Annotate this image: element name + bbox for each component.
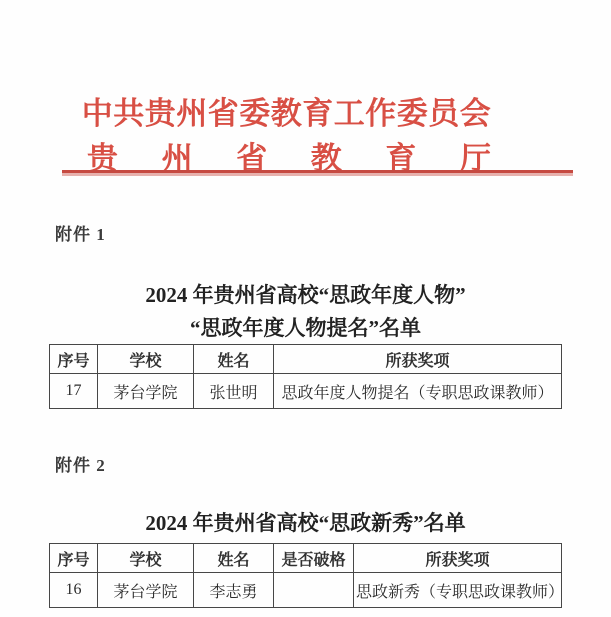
cell-award: 思政年度人物提名（专职思政课教师） — [274, 374, 562, 409]
document-page: 中共贵州省委教育工作委员会 贵 州 省 教 育 厅 附件 1 2024 年贵州省… — [0, 0, 611, 617]
column-header-index: 序号 — [50, 345, 98, 374]
column-header-award: 所获奖项 — [354, 544, 562, 573]
attachment1-label: 附件 1 — [55, 220, 106, 245]
attachment1-title-line2: “思政年度人物提名”名单 — [0, 312, 611, 345]
cell-school: 茅台学院 — [98, 573, 194, 608]
cell-award: 思政新秀（专职思政课教师） — [354, 573, 562, 608]
attachment2-table: 序号 学校 姓名 是否破格 所获奖项 16 茅台学院 李志勇 思政新秀（专职思政… — [49, 543, 562, 608]
attachment1-table: 序号 学校 姓名 所获奖项 17 茅台学院 张世明 思政年度人物提名（专职思政课… — [49, 344, 562, 409]
attachment1-title: 2024 年贵州省高校“思政年度人物” “思政年度人物提名”名单 — [0, 279, 611, 345]
table-header-row: 序号 学校 姓名 是否破格 所获奖项 — [50, 544, 562, 573]
column-header-award: 所获奖项 — [274, 345, 562, 374]
letterhead-divider-line — [62, 170, 573, 173]
table-header-row: 序号 学校 姓名 所获奖项 — [50, 345, 562, 374]
column-header-exception: 是否破格 — [274, 544, 354, 573]
cell-exception — [274, 573, 354, 608]
attachment2-title: 2024 年贵州省高校“思政新秀”名单 — [0, 507, 611, 540]
column-header-school: 学校 — [98, 345, 194, 374]
table-row: 17 茅台学院 张世明 思政年度人物提名（专职思政课教师） — [50, 374, 562, 409]
column-header-name: 姓名 — [194, 544, 274, 573]
cell-school: 茅台学院 — [98, 374, 194, 409]
table-row: 16 茅台学院 李志勇 思政新秀（专职思政课教师） — [50, 573, 562, 608]
cell-name: 李志勇 — [194, 573, 274, 608]
cell-index: 16 — [50, 573, 98, 608]
cell-name: 张世明 — [194, 374, 274, 409]
attachment1-title-line1: 2024 年贵州省高校“思政年度人物” — [0, 279, 611, 312]
letterhead-org-name-line1: 中共贵州省委教育工作委员会 — [0, 88, 573, 133]
column-header-name: 姓名 — [194, 345, 274, 374]
column-header-school: 学校 — [98, 544, 194, 573]
column-header-index: 序号 — [50, 544, 98, 573]
cell-index: 17 — [50, 374, 98, 409]
attachment2-label: 附件 2 — [55, 451, 106, 476]
